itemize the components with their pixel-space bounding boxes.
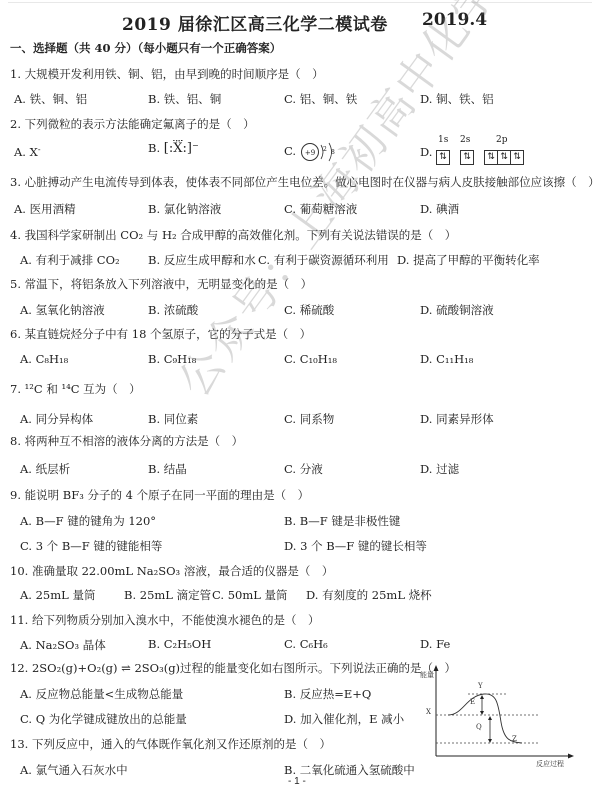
q6-option-d: D. C₁₁H₁₈: [420, 352, 473, 366]
question-7: 7. ¹²C 和 ¹⁴C 互为（ ）: [10, 381, 141, 397]
question-1: 1. 大规模开发利用铁、铜、铝，由早到晚的时间顺序是（ ）: [10, 66, 324, 82]
question-stem: 准确量取 22.00mL Na₂SO₃ 溶液，最合适的仪器是（ ）: [32, 564, 333, 578]
question-stem: 给下列物质分别加入溴水中，不能使溴水褪色的是（ ）: [32, 613, 320, 627]
q12-option-c: C. Q 为化学键成键放出的总能量: [20, 711, 187, 727]
question-9: 9. 能说明 BF₃ 分子的 4 个原子在同一平面的理由是（ ）: [10, 487, 309, 503]
q10-option-d: D. 有刻度的 25mL 烧杯: [306, 587, 432, 603]
question-stem: 大规模开发利用铁、铜、铝，由早到晚的时间顺序是（ ）: [25, 67, 324, 81]
q11-option-a: A. Na₂SO₃ 晶体: [20, 637, 106, 653]
question-number: 6.: [10, 327, 21, 341]
orbital-label-2s: 2s: [460, 135, 470, 145]
q1-option-a: A. 铁、铜、铝: [14, 91, 87, 107]
question-number: 9.: [10, 488, 21, 502]
orbital-box-icon: ⇅: [484, 150, 498, 165]
question-stem: 能说明 BF₃ 分子的 4 个原子在同一平面的理由是（ ）: [25, 488, 309, 502]
q7-option-a: A. 同分异构体: [20, 411, 93, 427]
question-number: 8.: [10, 434, 21, 448]
section-heading: 一、选择题（共 40 分）（每小题只有一个正确答案）: [10, 40, 281, 56]
question-10: 10. 准确量取 22.00mL Na₂SO₃ 溶液，最合适的仪器是（ ）: [10, 563, 333, 579]
question-stem: 将两种互不相溶的液体分离的方法是（ ）: [25, 434, 244, 448]
question-number: 2.: [10, 117, 21, 131]
q13-option-a: A. 氯气通入石灰水中: [20, 762, 128, 778]
question-number: 13.: [10, 737, 28, 751]
question-number: 11.: [10, 613, 28, 627]
orbital-diagram: ⇅ ⇅ ⇅⇅⇅: [436, 147, 524, 166]
q4-option-a: A. 有利于减排 CO₂: [20, 252, 120, 268]
question-stem: ¹²C 和 ¹⁴C 互为（ ）: [25, 382, 141, 396]
q2-option-b: B. [:Ẍ:]−: [148, 141, 199, 156]
q12-option-a: A. 反应物总能量<生成物总能量: [20, 686, 183, 702]
svg-text:能量: 能量: [420, 670, 434, 679]
q5-option-a: A. 氢氧化钠溶液: [20, 302, 105, 318]
q10-option-c: C. 50mL 量筒: [212, 587, 288, 603]
q7-option-c: C. 同系物: [284, 411, 334, 427]
energy-diagram: 能量 X Y Z E Q 反应过程: [418, 662, 598, 768]
page-number: - 1 -: [288, 776, 306, 787]
q9-option-a: A. B—F 键的键角为 120°: [20, 513, 156, 529]
q6-option-c: C. C₁₀H₁₈: [284, 352, 337, 366]
q4-option-d: D. 提高了甲醇的平衡转化率: [397, 252, 540, 268]
q9-option-d: D. 3 个 B—F 键的键长相等: [284, 538, 427, 554]
q11-option-b: B. C₂H₅OH: [148, 637, 211, 651]
q9-option-c: C. 3 个 B—F 键的键能相等: [20, 538, 162, 554]
q2-option-d: D.: [420, 145, 432, 159]
question-stem: 下列微粒的表示方法能确定氟离子的是（ ）: [25, 117, 255, 131]
question-number: 4.: [10, 228, 21, 242]
q10-option-a: A. 25mL 量筒: [20, 587, 95, 603]
q1-option-c: C. 铝、铜、铁: [284, 91, 357, 107]
q10-option-b: B. 25mL 滴定管: [124, 587, 211, 603]
q7-option-d: D. 同素异形体: [420, 411, 494, 427]
question-number: 5.: [10, 277, 21, 291]
orbital-label-1s: 1s: [438, 135, 448, 145]
question-stem: 2SO₂(g)+O₂(g) ⇌ 2SO₃(g)过程的能量变化如右图所示。下列说法…: [32, 661, 456, 675]
q12-option-d: D. 加入催化剂，E 减小: [284, 711, 404, 727]
q1-option-b: B. 铁、铝、铜: [148, 91, 221, 107]
orbital-box-icon: ⇅: [436, 150, 450, 165]
question-stem: 下列反应中，通入的气体既作氧化剂又作还原剂的是（ ）: [32, 737, 331, 751]
q12-option-b: B. 反应热=E+Q: [284, 686, 371, 702]
question-13: 13. 下列反应中，通入的气体既作氧化剂又作还原剂的是（ ）: [10, 736, 331, 752]
svg-text:X: X: [426, 708, 431, 716]
q11-option-d: D. Fe: [420, 637, 450, 651]
q9-option-b: B. B—F 键是非极性键: [284, 513, 400, 529]
question-4: 4. 我国科学家研制出 CO₂ 与 H₂ 合成甲醇的高效催化剂。下列有关说法错误…: [10, 227, 456, 243]
q7-option-b: B. 同位素: [148, 411, 198, 427]
svg-text:Q: Q: [476, 723, 482, 731]
question-number: 10.: [10, 564, 28, 578]
q11-option-c: C. C₆H₆: [284, 637, 328, 651]
orbital-label-2p: 2p: [496, 135, 508, 145]
q8-option-c: C. 分液: [284, 461, 323, 477]
question-12: 12. 2SO₂(g)+O₂(g) ⇌ 2SO₃(g)过程的能量变化如右图所示。…: [10, 660, 456, 676]
question-number: 7.: [10, 382, 21, 396]
q8-option-a: A. 纸层析: [20, 461, 70, 477]
orbital-box-icon: ⇅: [460, 150, 474, 165]
question-11: 11. 给下列物质分别加入溴水中，不能使溴水褪色的是（ ）: [10, 612, 319, 628]
q3-option-b: B. 氯化钠溶液: [148, 201, 221, 217]
q3-option-a: A. 医用酒精: [14, 201, 76, 217]
question-number: 3.: [10, 175, 21, 189]
q8-option-d: D. 过滤: [420, 461, 459, 477]
q3-option-d: D. 碘酒: [420, 201, 459, 217]
q8-option-b: B. 结晶: [148, 461, 187, 477]
svg-text:Y: Y: [477, 682, 483, 690]
lewis-structure: [:Ẍ:]−: [164, 141, 199, 156]
q6-option-a: A. C₈H₁₈: [20, 352, 68, 366]
orbital-box-icon: ⇅: [511, 150, 524, 165]
orbital-box-icon: ⇅: [498, 150, 511, 165]
svg-text:反应过程: 反应过程: [536, 759, 564, 768]
q2-option-a: A. X-: [14, 145, 41, 159]
q5-option-c: C. 稀硫酸: [284, 302, 334, 318]
question-number: 1.: [10, 67, 21, 81]
svg-text:+9: +9: [305, 149, 315, 157]
exam-title: 2019 届徐汇区高三化学二模试卷: [122, 10, 388, 35]
question-number: 12.: [10, 661, 28, 675]
q5-option-d: D. 硫酸铜溶液: [420, 302, 494, 318]
question-8: 8. 将两种互不相溶的液体分离的方法是（ ）: [10, 433, 243, 449]
question-stem: 我国科学家研制出 CO₂ 与 H₂ 合成甲醇的高效催化剂。下列有关说法错误的是（…: [25, 228, 457, 242]
q5-option-b: B. 浓硫酸: [148, 302, 198, 318]
question-2: 2. 下列微粒的表示方法能确定氟离子的是（ ）: [10, 116, 255, 132]
